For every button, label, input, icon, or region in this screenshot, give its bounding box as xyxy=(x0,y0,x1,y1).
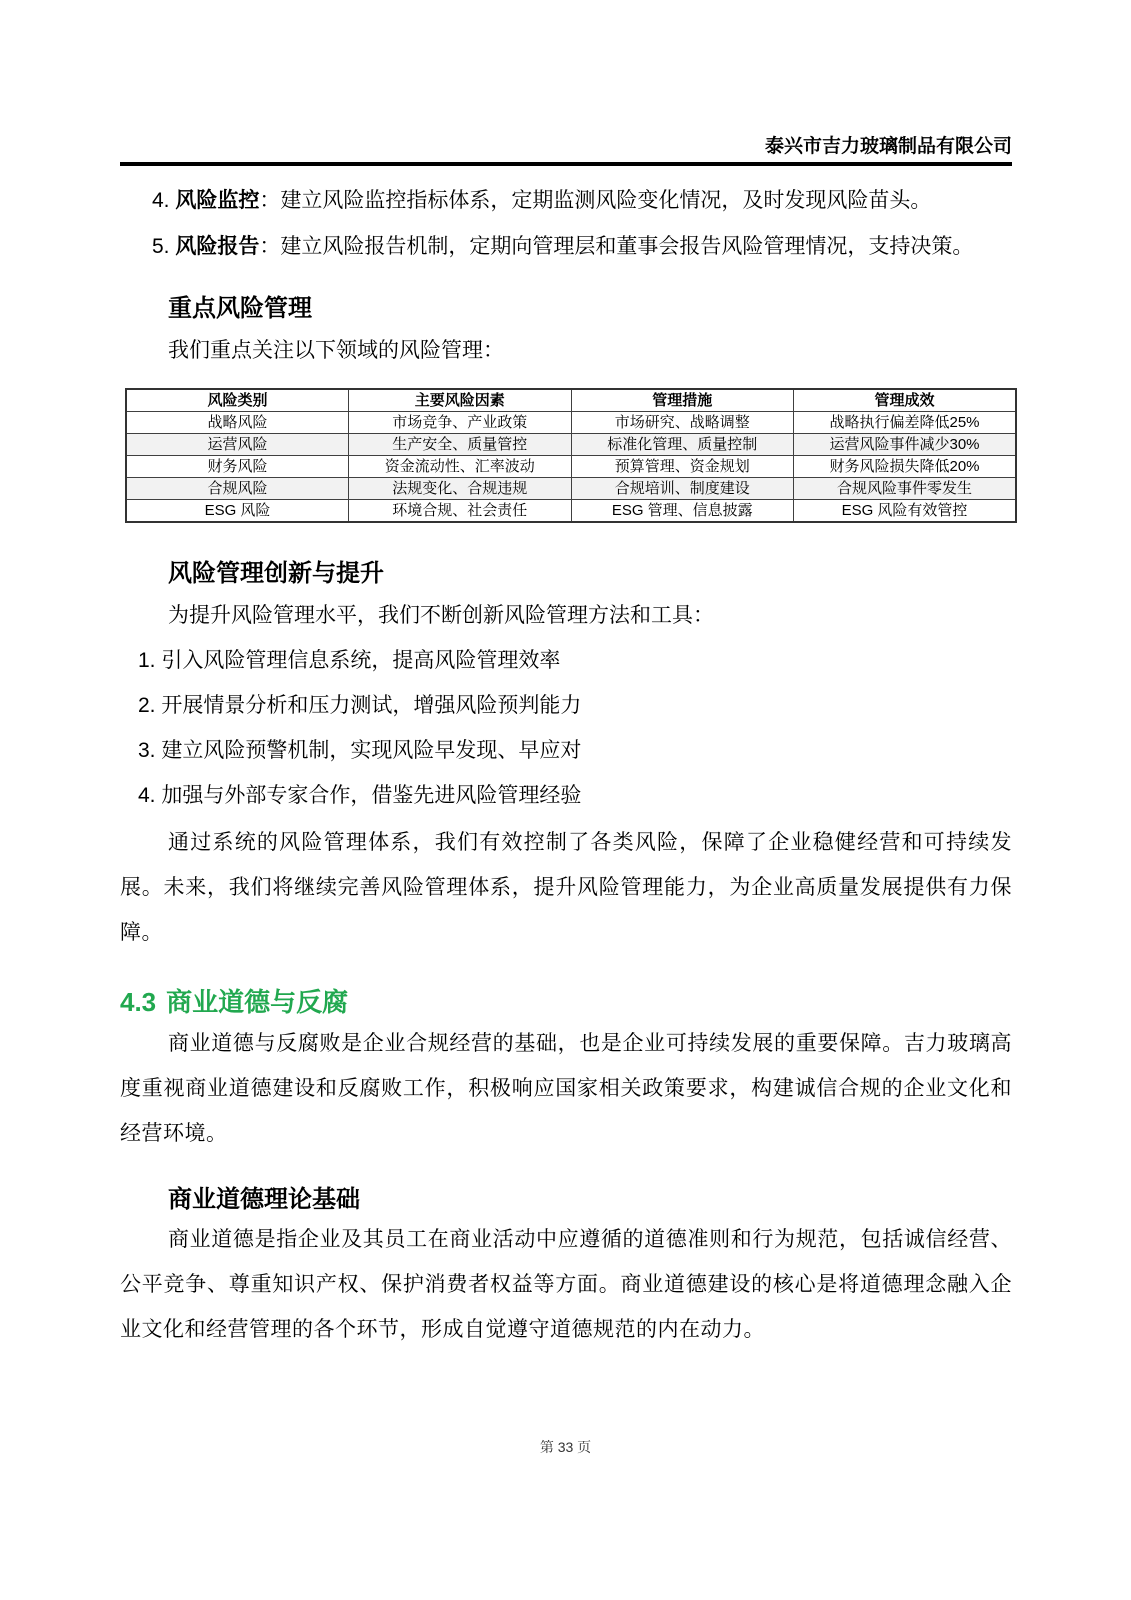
section-title: 商业道德与反腐 xyxy=(166,987,348,1017)
table-cell: ESG 管理、信息披露 xyxy=(571,500,794,523)
table-cell: 法规变化、合规违规 xyxy=(349,478,572,500)
table-cell: 合规培训、制度建设 xyxy=(571,478,794,500)
numbered-item-3: 3. 建立风险预警机制，实现风险早发现、早应对 xyxy=(138,740,1012,762)
innovation-intro: 为提升风险管理水平，我们不断创新风险管理方法和工具： xyxy=(168,605,1012,627)
numbered-item-4: 4. 风险监控：建立风险监控指标体系，定期监测风险变化情况，及时发现风险苗头。 xyxy=(152,190,1012,212)
document-page: 泰兴市吉力玻璃制品有限公司 4. 风险监控：建立风险监控指标体系，定期监测风险变… xyxy=(0,0,1131,1600)
table-cell: 资金流动性、汇率波动 xyxy=(349,456,572,478)
section-heading-ethics-theory: 商业道德理论基础 xyxy=(168,1185,1012,1215)
table-row: 运营风险 生产安全、质量管控 标准化管理、质量控制 运营风险事件减少30% xyxy=(126,434,1016,456)
table-cell: 运营风险事件减少30% xyxy=(794,434,1017,456)
table-cell: ESG 风险有效管控 xyxy=(794,500,1017,523)
item-number: 5. xyxy=(152,235,170,258)
table-header-cell: 主要风险因素 xyxy=(349,389,572,412)
risk-summary-paragraph: 通过系统的风险管理体系，我们有效控制了各类风险，保障了企业稳健经营和可持续发展。… xyxy=(120,820,1012,955)
item-number: 1. xyxy=(138,649,156,672)
table-header-row: 风险类别 主要风险因素 管理措施 管理成效 xyxy=(126,389,1016,412)
item-number: 4. xyxy=(138,784,156,807)
item-text: ：建立风险监控指标体系，定期监测风险变化情况，及时发现风险苗头。 xyxy=(259,189,931,212)
ethics-theory-paragraph: 商业道德是指企业及其员工在商业活动中应遵循的道德准则和行为规范，包括诚信经营、公… xyxy=(120,1217,1012,1352)
numbered-item-5: 5. 风险报告：建立风险报告机制，定期向管理层和董事会报告风险管理情况，支持决策… xyxy=(152,236,1012,258)
table-header-cell: 管理措施 xyxy=(571,389,794,412)
table-cell: 合规风险事件零发生 xyxy=(794,478,1017,500)
table-cell: ESG 风险 xyxy=(126,500,349,523)
table-row: 战略风险 市场竞争、产业政策 市场研究、战略调整 战略执行偏差降低25% xyxy=(126,412,1016,434)
item-text: 引入风险管理信息系统，提高风险管理效率 xyxy=(161,649,560,672)
table-cell: 财务风险损失降低20% xyxy=(794,456,1017,478)
section-heading-key-risk: 重点风险管理 xyxy=(168,294,1012,324)
table-cell: 生产安全、质量管控 xyxy=(349,434,572,456)
numbered-item-4b: 4. 加强与外部专家合作，借鉴先进风险管理经验 xyxy=(138,785,1012,807)
section-heading-ethics: 4.3商业道德与反腐 xyxy=(120,985,1012,1019)
table-cell: 标准化管理、质量控制 xyxy=(571,434,794,456)
page-number: 第 33 页 xyxy=(540,1439,591,1455)
risk-table-head: 风险类别 主要风险因素 管理措施 管理成效 xyxy=(126,389,1016,412)
table-cell: 市场研究、战略调整 xyxy=(571,412,794,434)
item-text: 加强与外部专家合作，借鉴先进风险管理经验 xyxy=(161,784,581,807)
item-number: 3. xyxy=(138,739,156,762)
item-text: 建立风险预警机制，实现风险早发现、早应对 xyxy=(161,739,581,762)
table-row: 财务风险 资金流动性、汇率波动 预算管理、资金规划 财务风险损失降低20% xyxy=(126,456,1016,478)
table-cell: 市场竞争、产业政策 xyxy=(349,412,572,434)
table-cell: 预算管理、资金规划 xyxy=(571,456,794,478)
table-header-cell: 风险类别 xyxy=(126,389,349,412)
table-header-cell: 管理成效 xyxy=(794,389,1017,412)
section-number: 4.3 xyxy=(120,987,156,1017)
item-number: 4. xyxy=(152,189,170,212)
table-cell: 运营风险 xyxy=(126,434,349,456)
numbered-item-1: 1. 引入风险管理信息系统，提高风险管理效率 xyxy=(138,650,1012,672)
section-heading-innovation: 风险管理创新与提升 xyxy=(168,559,1012,589)
page-header: 泰兴市吉力玻璃制品有限公司 xyxy=(120,0,1012,166)
table-row: 合规风险 法规变化、合规违规 合规培训、制度建设 合规风险事件零发生 xyxy=(126,478,1016,500)
ethics-paragraph: 商业道德与反腐败是企业合规经营的基础，也是企业可持续发展的重要保障。吉力玻璃高度… xyxy=(120,1021,1012,1156)
numbered-item-2: 2. 开展情景分析和压力测试，增强风险预判能力 xyxy=(138,695,1012,717)
item-number: 2. xyxy=(138,694,156,717)
key-risk-intro: 我们重点关注以下领域的风险管理： xyxy=(168,340,1012,362)
risk-table-body: 战略风险 市场竞争、产业政策 市场研究、战略调整 战略执行偏差降低25% 运营风… xyxy=(126,412,1016,523)
item-label: 风险报告 xyxy=(175,235,259,258)
item-text: ：建立风险报告机制，定期向管理层和董事会报告风险管理情况，支持决策。 xyxy=(259,235,973,258)
table-cell: 财务风险 xyxy=(126,456,349,478)
page-footer: 第 33 页 xyxy=(0,1437,1131,1457)
table-cell: 战略执行偏差降低25% xyxy=(794,412,1017,434)
table-cell: 合规风险 xyxy=(126,478,349,500)
company-name: 泰兴市吉力玻璃制品有限公司 xyxy=(765,136,1012,157)
risk-table: 风险类别 主要风险因素 管理措施 管理成效 战略风险 市场竞争、产业政策 市场研… xyxy=(125,388,1017,523)
item-text: 开展情景分析和压力测试，增强风险预判能力 xyxy=(161,694,581,717)
table-cell: 环境合规、社会责任 xyxy=(349,500,572,523)
item-label: 风险监控 xyxy=(175,189,259,212)
table-cell: 战略风险 xyxy=(126,412,349,434)
table-row: ESG 风险 环境合规、社会责任 ESG 管理、信息披露 ESG 风险有效管控 xyxy=(126,500,1016,523)
page-content: 泰兴市吉力玻璃制品有限公司 4. 风险监控：建立风险监控指标体系，定期监测风险变… xyxy=(0,0,1131,1352)
